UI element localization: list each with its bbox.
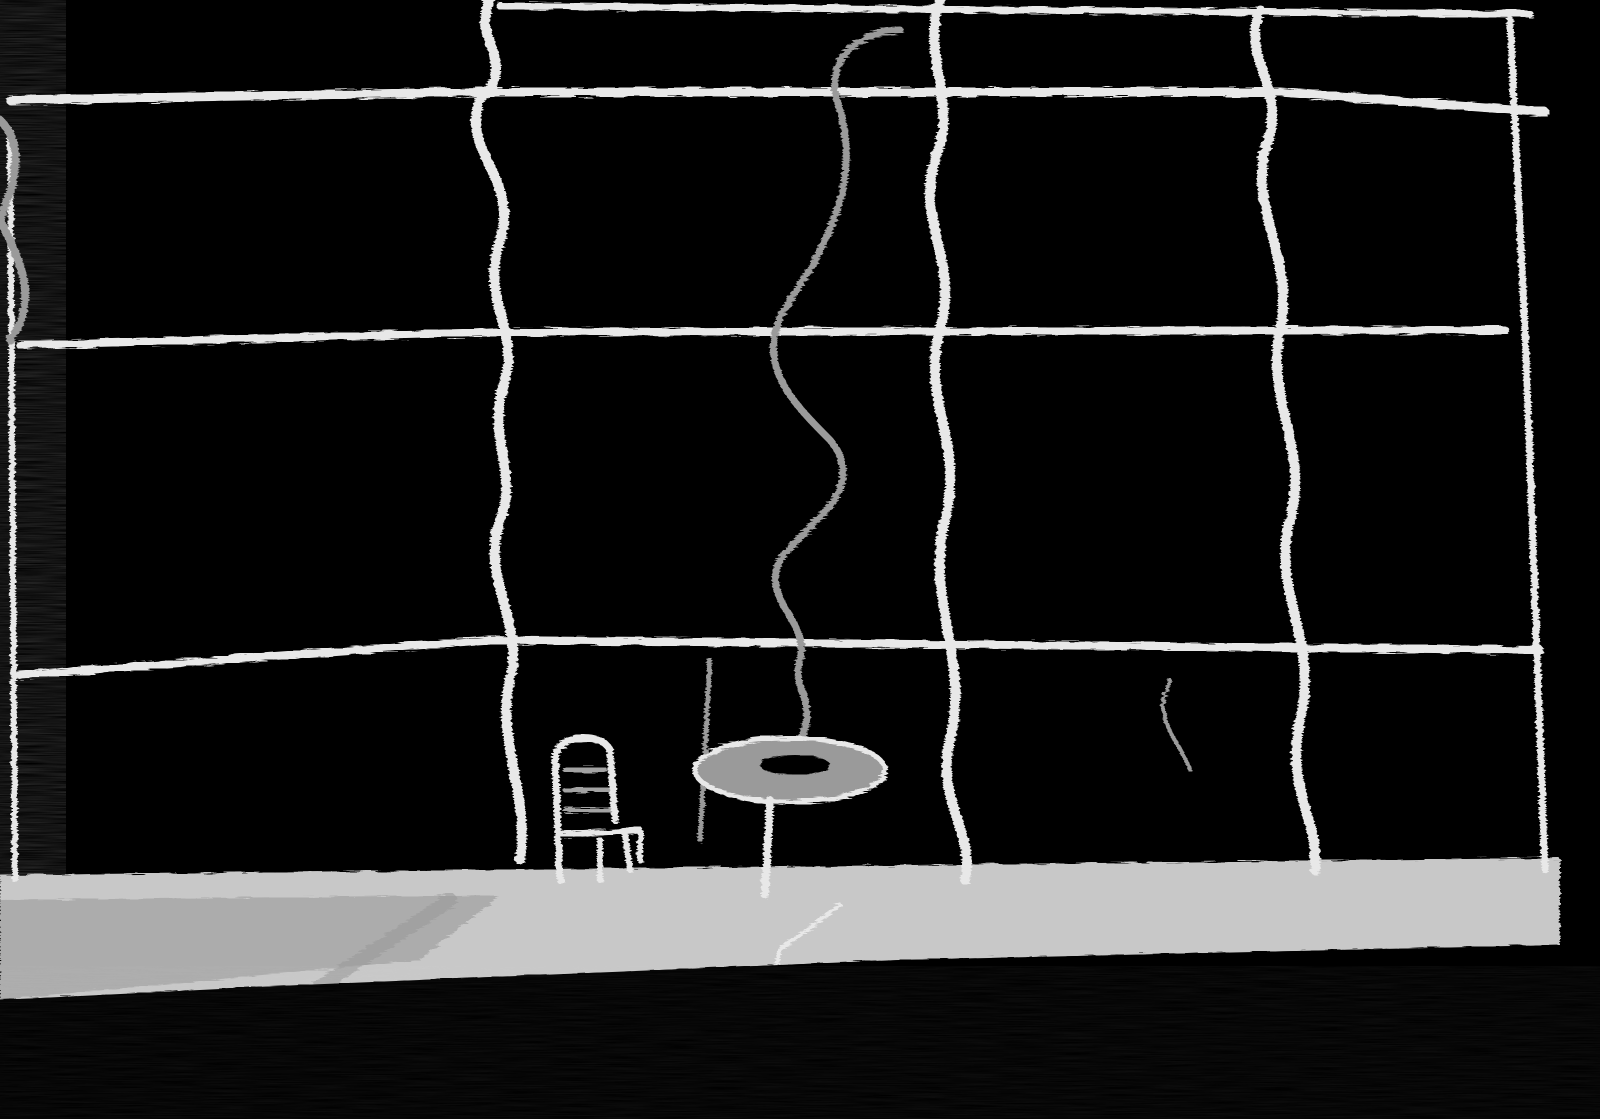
artwork-container: Black and white painting of a window gri… — [0, 0, 1600, 1119]
foreground-grain — [0, 980, 1600, 1119]
painting-canvas — [0, 0, 1600, 1119]
